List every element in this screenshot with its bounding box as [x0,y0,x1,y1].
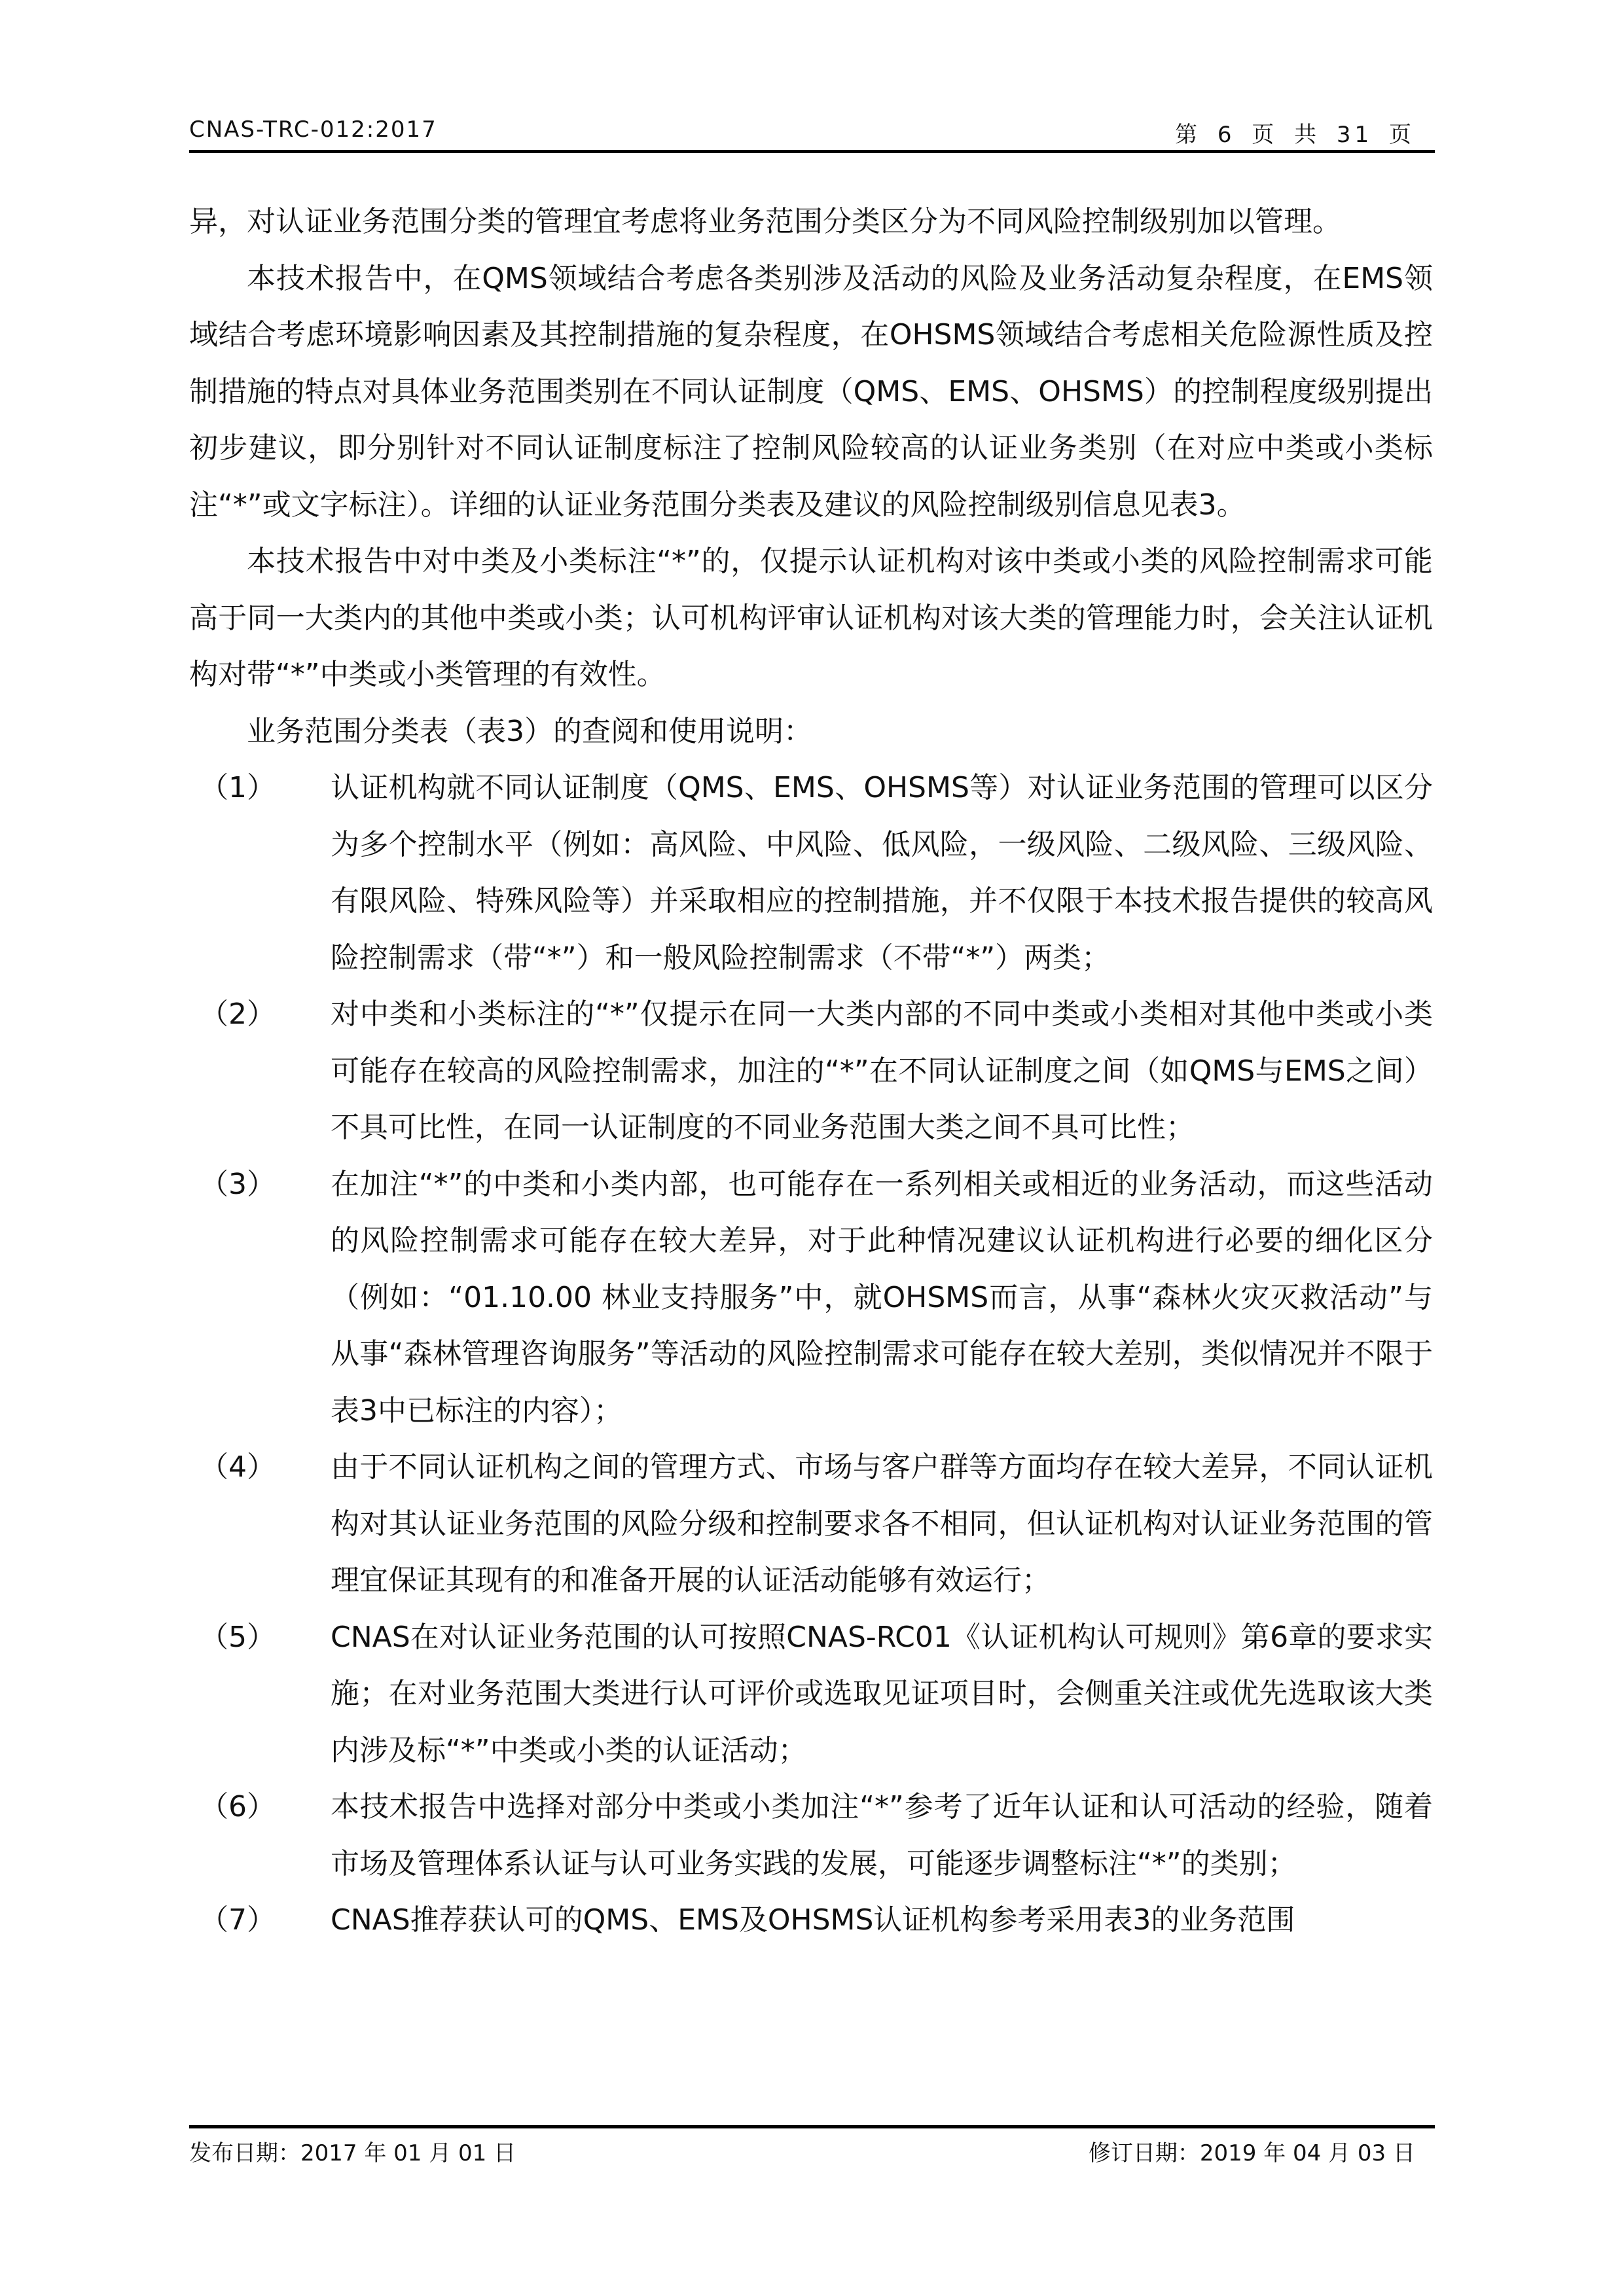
list-item-text: 由于不同认证机构之间的管理方式、市场与客户群等方面均存在较大差异，不同认证机构对… [331,1450,1433,1597]
list-item: （3） 在加注“*”的中类和小类内部，也可能存在一系列相关或相近的业务活动，而这… [189,1157,1433,1440]
list-item-text: 本技术报告中选择对部分中类或小类加注“*”参考了近年认证和认可活动的经验，随着市… [331,1790,1433,1880]
document-body: 异，对认证业务范围分类的管理宜考虑将业务范围分类区分为不同风险控制级别加以管理。… [189,194,1433,1949]
list-item: （7） CNAS推荐获认可的QMS、EMS及OHSMS认证机构参考采用表3的业务… [189,1892,1433,1949]
paragraph-risk-levels: 本技术报告中，在QMS领域结合考虑各类别涉及活动的风险及业务活动复杂程度，在EM… [189,251,1433,534]
header-rule [189,150,1435,153]
list-item: （6） 本技术报告中选择对部分中类或小类加注“*”参考了近年认证和认可活动的经验… [189,1779,1433,1892]
list-item-number: （2） [200,986,276,1043]
list-item-number: （5） [200,1609,276,1666]
page-number: 第 6 页 共 31 页 [1175,117,1415,149]
list-item-number: （6） [200,1779,276,1836]
list-item-text: CNAS在对认证业务范围的认可按照CNAS-RC01《认证机构认可规则》第6章的… [331,1621,1433,1767]
list-item-number: （4） [200,1439,276,1496]
list-item-number: （7） [200,1892,276,1949]
issue-date: 发布日期：2017 年 01 月 01 日 [189,2135,516,2167]
list-item: （4） 由于不同认证机构之间的管理方式、市场与客户群等方面均存在较大差异，不同认… [189,1439,1433,1609]
list-item: （2） 对中类和小类标注的“*”仅提示在同一大类内部的不同中类或小类相对其他中类… [189,986,1433,1157]
list-item-text: 在加注“*”的中类和小类内部，也可能存在一系列相关或相近的业务活动，而这些活动的… [331,1168,1433,1427]
revision-date: 修订日期：2019 年 04 月 03 日 [1089,2135,1415,2167]
list-item-text: 对中类和小类标注的“*”仅提示在同一大类内部的不同中类或小类相对其他中类或小类可… [331,997,1433,1144]
list-item-number: （1） [200,760,276,817]
page-header: CNAS-TRC-012:2017 第 6 页 共 31 页 [189,117,1435,149]
list-item-text: CNAS推荐获认可的QMS、EMS及OHSMS认证机构参考采用表3的业务范围 [331,1903,1295,1937]
list-item: （1） 认证机构就不同认证制度（QMS、EMS、OHSMS等）对认证业务范围的管… [189,760,1433,986]
list-item-number: （3） [200,1157,276,1213]
paragraph-continuation: 异，对认证业务范围分类的管理宜考虑将业务范围分类区分为不同风险控制级别加以管理。 [189,194,1433,251]
footer-rule [189,2125,1435,2128]
paragraph-asterisk-note: 本技术报告中对中类及小类标注“*”的，仅提示认证机构对该中类或小类的风险控制需求… [189,533,1433,704]
document-id: CNAS-TRC-012:2017 [189,117,437,143]
paragraph-usage-heading: 业务范围分类表（表3）的查阅和使用说明： [189,704,1433,761]
list-item-text: 认证机构就不同认证制度（QMS、EMS、OHSMS等）对认证业务范围的管理可以区… [331,771,1433,975]
list-item: （5） CNAS在对认证业务范围的认可按照CNAS-RC01《认证机构认可规则》… [189,1609,1433,1780]
